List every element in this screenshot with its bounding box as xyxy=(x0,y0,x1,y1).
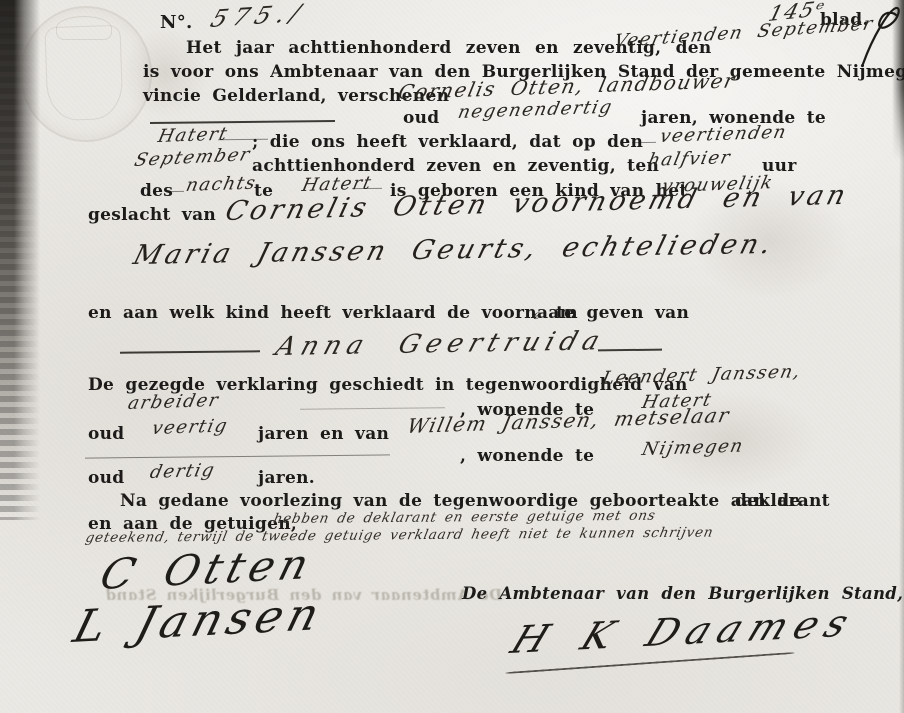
act-number-label: N°. xyxy=(160,12,193,33)
strike-line xyxy=(632,142,656,143)
hw-witness1-occupation: arbeider xyxy=(126,390,221,414)
birth-certificate-scan: N°. 575./ 145ᵉ blad. Het jaar achttienho… xyxy=(0,0,904,713)
line-verklaard: ; die ons heeft verklaard, dat op den xyxy=(252,132,643,152)
official-title: De Ambtenaar van den Burgerlijken Stand, xyxy=(462,584,903,603)
hw-date: Veertienden September xyxy=(612,13,876,52)
hw-dagdeel: nachts xyxy=(184,173,259,196)
label-oud: oud xyxy=(403,108,440,128)
strike-line xyxy=(150,120,335,124)
paraph-flourish-icon xyxy=(855,2,903,68)
hw-declarant-age: negenendertig xyxy=(456,97,615,123)
seal-crown xyxy=(56,16,112,40)
scan-right-edge-faint xyxy=(899,0,904,713)
line-voornaam-a: en aan welk kind heeft verklaard de voor… xyxy=(88,303,578,323)
signature-official: H K Daames xyxy=(505,601,863,662)
hw-residence: Hatert xyxy=(156,124,230,147)
label-oud2: oud xyxy=(88,424,125,444)
line-wonende3: , wonende te xyxy=(460,446,594,466)
hw-witness1-age: veertig xyxy=(150,415,230,439)
strike-line xyxy=(120,350,260,353)
hw-witness2-age: dertig xyxy=(148,460,217,483)
line-year2: achttienhonderd zeven en zeventig, ten xyxy=(252,156,659,176)
line-voorlezing: Na gedane voorlezing van de tegenwoordig… xyxy=(120,491,801,511)
strike-line xyxy=(168,191,184,192)
strike-line xyxy=(598,349,662,352)
hw-closing-1: hebben de deklarant en eerste getuige me… xyxy=(272,508,657,527)
label-jaren: jaren. xyxy=(258,468,315,488)
hw-birth-month: September xyxy=(132,144,253,171)
label-deklarant: deklarant xyxy=(735,491,830,511)
strike-line xyxy=(85,454,390,458)
hw-witness1-name: Leendert Janssen, xyxy=(600,361,803,389)
hw-mother-name: Maria Janssen Geurts, echtelieden. xyxy=(130,229,778,271)
hw-witness2-residence: Nijmegen xyxy=(640,436,746,460)
strike-line xyxy=(300,407,445,410)
act-number-value: 575./ xyxy=(207,0,310,33)
strike-line xyxy=(352,188,382,189)
label-oud3: oud xyxy=(88,468,125,488)
hw-birth-time: halfvier xyxy=(646,147,733,171)
label-geslacht-van: geslacht van xyxy=(88,205,216,225)
hw-child-name: Anna Geertruida xyxy=(272,326,609,362)
hw-birth-day: veertienden xyxy=(658,122,789,147)
line-voornaam-b: te geven van xyxy=(556,303,689,323)
line-jaren-en-van: jaren en van xyxy=(258,424,389,444)
